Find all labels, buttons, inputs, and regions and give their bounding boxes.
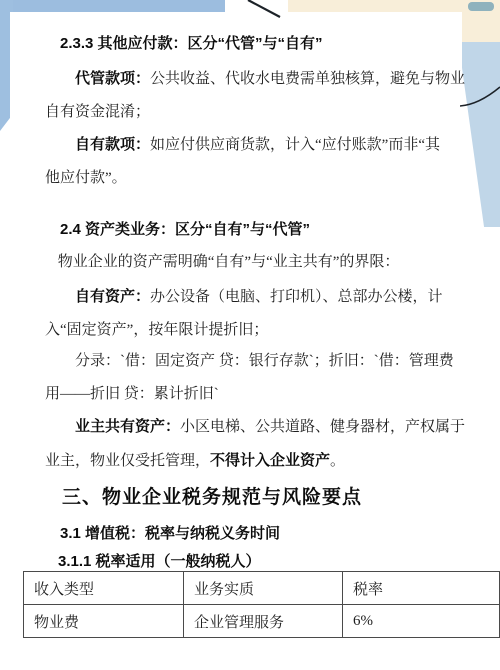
paragraph-daiguan: 代管款项：公共收益、代收水电费需单独核算，避免与物业 自有资金混淆； (45, 62, 469, 129)
table-cell: 企业管理服务 (184, 605, 343, 638)
paragraph-daiguan-lead: 代管款项： (75, 70, 150, 87)
paragraph-yezhu-lead: 业主共有资产： (75, 418, 180, 435)
paragraph-ziyou-lead: 自有款项： (75, 136, 150, 153)
paragraph-yezhu-tail: 。 (330, 453, 345, 469)
heading-2-3-3: 2.3.3 其他应付款：区分“代管”与“自有” (60, 32, 323, 56)
paragraph-yezhu-line2: 业主，物业仅受托管理， (45, 453, 210, 469)
paragraph-ziyou: 自有款项：如应付供应商货款，计入“应付账款”而非“其 他应付款”。 (45, 128, 469, 195)
paragraph-ziyou-line2: 他应付款”。 (45, 170, 127, 186)
paragraph-daiguan-line1: 公共收益、代收水电费需单独核算，避免与物业 (150, 71, 465, 87)
document-content: 2.3.3 其他应付款：区分“代管”与“自有” 代管款项：公共收益、代收水电费需… (0, 0, 500, 670)
heading-2-4: 2.4 资产类业务：区分“自有”与“代管” (60, 218, 310, 242)
table-header-cell: 税率 (343, 572, 500, 605)
table-header-cell: 收入类型 (24, 572, 184, 605)
paragraph-yezhu: 业主共有资产：小区电梯、公共道路、健身器材，产权属于 业主，物业仅受托管理，不得… (45, 410, 469, 478)
paragraph-intro: 物业企业的资产需明确“自有”与“业主共有”的界限： (45, 246, 469, 279)
document-screenshot: 2.3.3 其他应付款：区分“代管”与“自有” 代管款项：公共收益、代收水电费需… (0, 0, 500, 670)
paragraph-yezhu-strong: 不得计入企业资产 (210, 452, 330, 469)
paragraph-zichan-line1: 办公设备（电脑、打印机）、总部办公楼，计 (150, 289, 443, 305)
paragraph-ziyou-line1: 如应付供应商货款，计入“应付账款”而非“其 (150, 137, 440, 153)
heading-3-1-1: 3.1.1 税率适用（一般纳税人） (58, 551, 261, 573)
paragraph-daiguan-line2: 自有资金混淆； (45, 104, 150, 120)
paragraph-zichan-line2: 入“固定资产”，按年限计提折旧； (45, 322, 268, 338)
paragraph-intro-text: 物业企业的资产需明确“自有”与“业主共有”的界限： (58, 254, 400, 270)
tax-rate-table: 收入类型 业务实质 税率 物业费 企业管理服务 6% (23, 571, 500, 638)
paragraph-zichan: 自有资产：办公设备（电脑、打印机）、总部办公楼，计 入“固定资产”，按年限计提折… (45, 280, 469, 347)
table-cell: 6% (343, 605, 500, 638)
paragraph-fenlu: 分录：`借：固定资产 贷：银行存款`；折旧：`借：管理费 用——折旧 贷：累计折… (45, 345, 469, 411)
paragraph-fenlu-lead: 分录： (75, 353, 120, 369)
table-header-row: 收入类型 业务实质 税率 (24, 572, 500, 605)
table-header-cell: 业务实质 (184, 572, 343, 605)
paragraph-zichan-lead: 自有资产： (75, 288, 150, 305)
paragraph-yezhu-line1: 小区电梯、公共道路、健身器材，产权属于 (180, 419, 465, 435)
heading-section-3: 三、物业企业税务规范与风险要点 (62, 484, 362, 511)
table-row: 物业费 企业管理服务 6% (24, 605, 500, 638)
table-cell: 物业费 (24, 605, 184, 638)
heading-3-1: 3.1 增值税：税率与纳税义务时间 (60, 523, 280, 545)
paragraph-fenlu-line1: `借：固定资产 贷：银行存款`；折旧：`借：管理费 (120, 353, 454, 369)
paragraph-fenlu-line2: 用——折旧 贷：累计折旧` (45, 386, 219, 402)
